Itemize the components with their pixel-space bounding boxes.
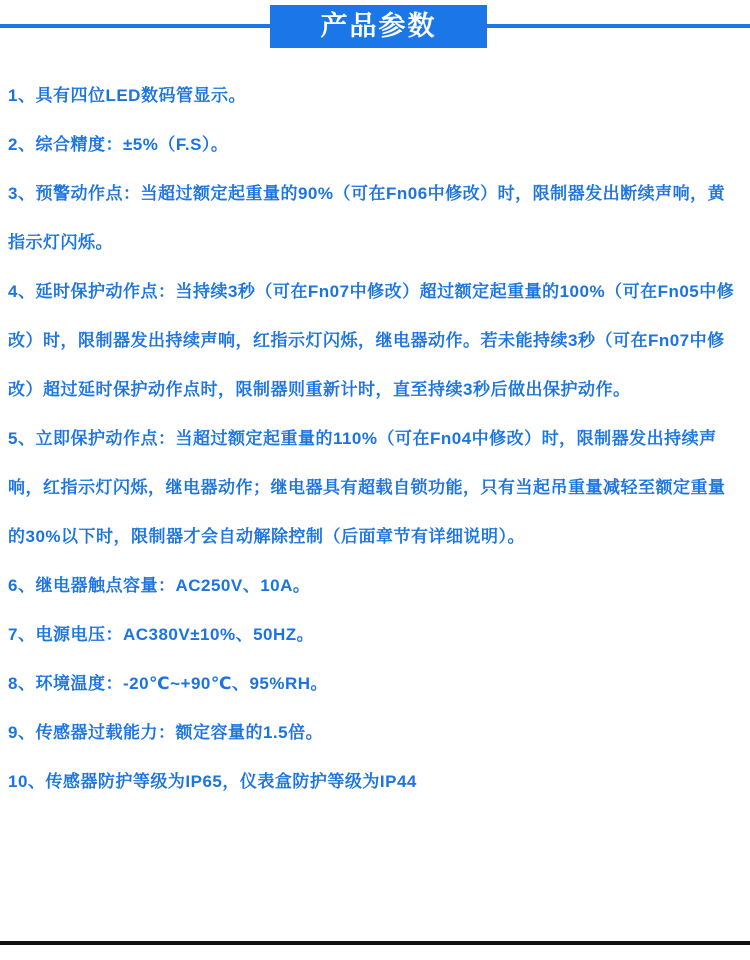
page-title: 产品参数 xyxy=(321,13,437,40)
spec-item-7: 7、电源电压：AC380V±10%、50HZ。 xyxy=(8,610,742,659)
title-banner: 产品参数 xyxy=(270,5,487,48)
spec-item-2: 2、综合精度：±5%（F.S）。 xyxy=(8,120,742,169)
spec-item-5: 5、立即保护动作点：当超过额定起重量的110%（可在Fn04中修改）时，限制器发… xyxy=(8,414,742,561)
page-header: 产品参数 xyxy=(0,0,750,60)
spec-item-1: 1、具有四位LED数码管显示。 xyxy=(8,71,742,120)
spec-item-6: 6、继电器触点容量：AC250V、10A。 xyxy=(8,561,742,610)
spec-item-4: 4、延时保护动作点：当持续3秒（可在Fn07中修改）超过额定起重量的100%（可… xyxy=(8,267,742,414)
product-spec-list: 1、具有四位LED数码管显示。 2、综合精度：±5%（F.S）。 3、预警动作点… xyxy=(0,71,750,806)
spec-item-10: 10、传感器防护等级为IP65，仪表盒防护等级为IP44 xyxy=(8,757,742,806)
spec-item-8: 8、环境温度：-20℃~+90℃、95%RH。 xyxy=(8,659,742,708)
spec-item-9: 9、传感器过载能力：额定容量的1.5倍。 xyxy=(8,708,742,757)
footer-divider-line xyxy=(0,941,750,945)
spec-item-3: 3、预警动作点：当超过额定起重量的90%（可在Fn06中修改）时，限制器发出断续… xyxy=(8,169,742,267)
